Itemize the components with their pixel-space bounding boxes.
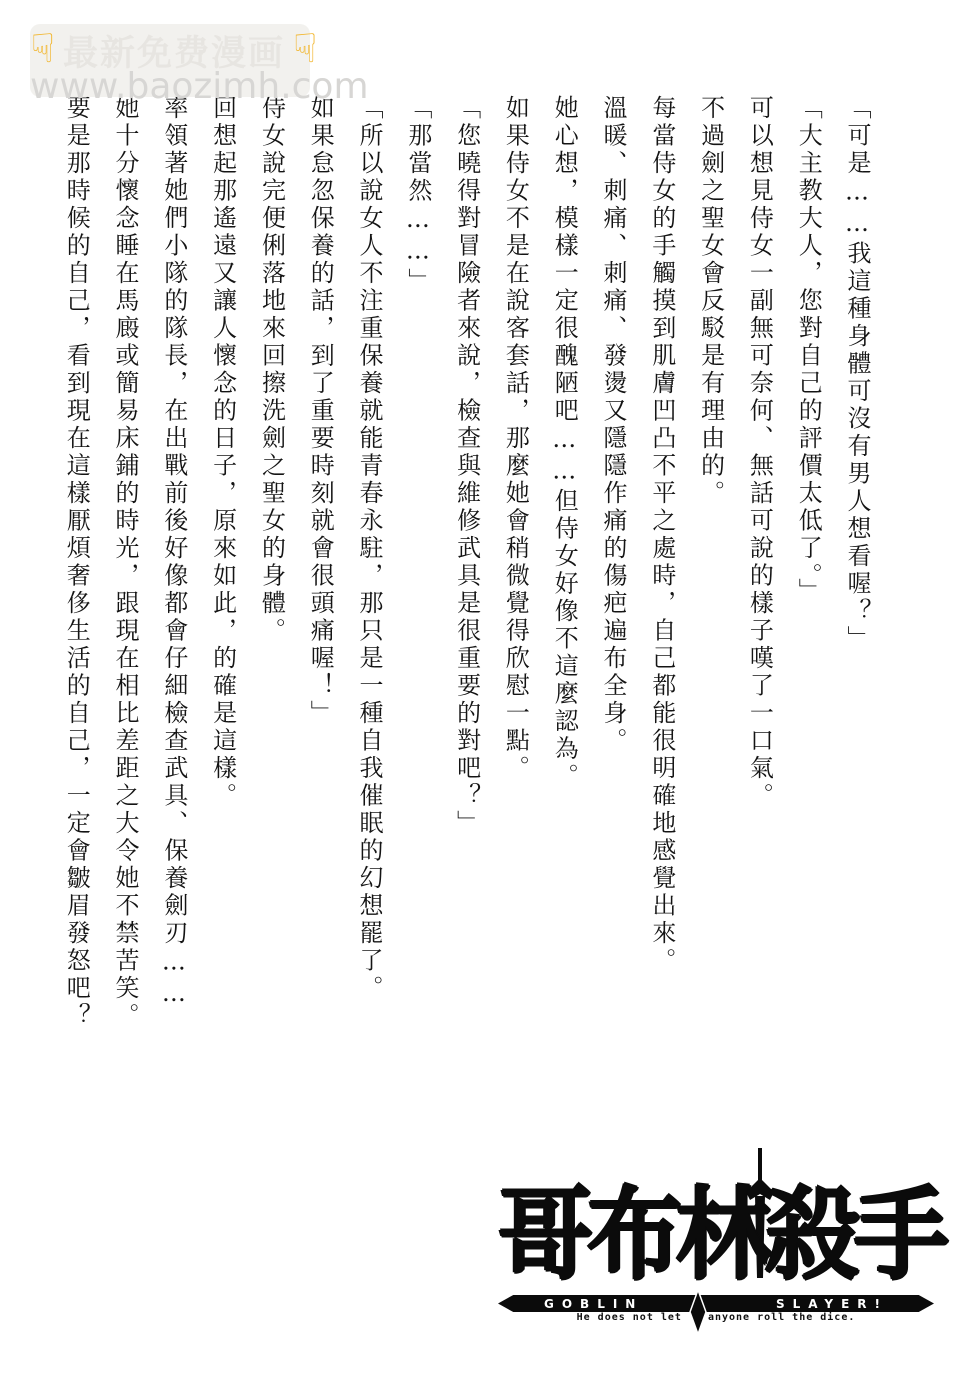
text-column: 不過劍之聖女會反駁是有理由的。 bbox=[686, 95, 735, 1047]
watermark-url: www.baozimh.com bbox=[30, 66, 340, 107]
logo-subtitle-left: GOBLIN bbox=[544, 1297, 643, 1311]
logo-tagline: He does not let anyone roll the dice. bbox=[498, 1312, 934, 1323]
logo-banner: GOBLIN SLAYER! bbox=[498, 1295, 934, 1312]
text-column: 回想起那遙遠又讓人懷念的日子，原來如此，的確是這樣。 bbox=[198, 95, 247, 1047]
text-column: 「大主教大人，您對自己的評價太低了。」 bbox=[783, 95, 832, 1047]
text-column: 要是那時候的自己，看到現在這樣厭煩奢侈生活的自己，一定會皺眉發怒吧？ bbox=[51, 95, 100, 1047]
watermark: ☟ 最新免费漫画 ☟ www.baozimh.com bbox=[0, 0, 360, 120]
text-column: 「可是……我這種身體可沒有男人想看喔？」 bbox=[832, 95, 881, 1047]
text-column: 可以想見侍女一副無可奈何、無話可說的樣子嘆了一口氣。 bbox=[735, 95, 784, 1047]
text-column: 「您曉得對冒險者來說，檢查與維修武具是很重要的對吧？」 bbox=[442, 95, 491, 1047]
tagline-left: He does not let bbox=[577, 1312, 682, 1323]
text-column: 如果怠忽保養的話，到了重要時刻就會很頭痛喔！」 bbox=[295, 95, 344, 1047]
text-column: 「那當然……」 bbox=[393, 95, 442, 1047]
text-column: 率領著她們小隊的隊長，在出戰前後好像都會仔細檢查武具、保養劍刃…… bbox=[149, 95, 198, 1047]
text-column: 她十分懷念睡在馬廄或簡易床鋪的時光，跟現在相比差距之大令她不禁苦笑。 bbox=[100, 95, 149, 1047]
logo-subtitle-right: SLAYER! bbox=[776, 1297, 888, 1311]
text-column: 「所以說女人不注重保養就能青春永駐，那只是一種自我催眠的幻想罷了。 bbox=[344, 95, 393, 1047]
text-column: 如果侍女不是在說客套話，那麼她會稍微覺得欣慰一點。 bbox=[491, 95, 540, 1047]
text-column: 溫暖、刺痛、刺痛、發燙又隱隱作痛的傷疤遍布全身。 bbox=[588, 95, 637, 1047]
tagline-right: anyone roll the dice. bbox=[708, 1312, 855, 1323]
manga-page: 「可是……我這種身體可沒有男人想看喔？」 「大主教大人，您對自己的評價太低了。」… bbox=[0, 0, 980, 1395]
text-column: 她心想，模樣一定很醜陋吧……但侍女好像不這麼認為。 bbox=[539, 95, 588, 1047]
text-column: 侍女說完便俐落地來回擦洗劍之聖女的身體。 bbox=[247, 95, 296, 1047]
finger-down-icon: ☟ bbox=[31, 29, 55, 69]
finger-down-icon: ☟ bbox=[293, 29, 317, 69]
logo-title: 哥布林殺手 bbox=[498, 1186, 928, 1286]
goblin-slayer-logo: 哥布林殺手 GOBLIN SLAYER! He does not let any… bbox=[480, 1140, 950, 1350]
text-column: 每當侍女的手觸摸到肌膚凹凸不平之處時，自己都能很明確地感覺出來。 bbox=[637, 95, 686, 1047]
text-columns: 「可是……我這種身體可沒有男人想看喔？」 「大主教大人，您對自己的評價太低了。」… bbox=[51, 95, 881, 1047]
